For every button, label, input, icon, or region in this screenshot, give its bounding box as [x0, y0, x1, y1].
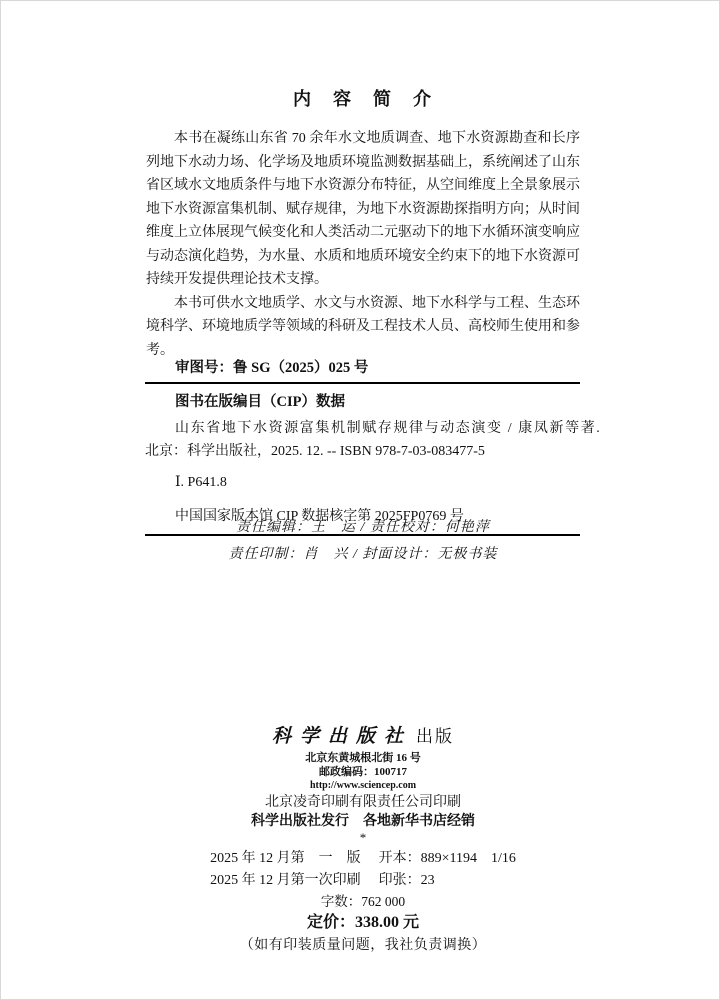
separator-star: *: [146, 832, 580, 844]
map-approval-number: 审图号：鲁 SG（2025）025 号: [145, 356, 580, 377]
printer-name: 北京凌奇印刷有限责任公司印刷: [146, 794, 580, 812]
publisher-name: 科学出版社: [272, 726, 412, 747]
copyright-page: 内 容 简 介 本书在凝练山东省 70 余年水文地质调查、地下水资源勘查和长序列…: [0, 0, 720, 1000]
publisher-publish-suffix: 出版: [416, 727, 454, 746]
cip-heading: 图书在版编目（CIP）数据: [145, 390, 580, 411]
word-count: 字数：762 000: [146, 892, 580, 911]
sheets-text: 印张：23: [379, 873, 435, 888]
publisher-website-url: http://www.sciencep.com: [146, 779, 580, 792]
summary-paragraph-2: 本书可供水文地质学、水文与水资源、地下水科学与工程、生态环境科学、环境地质学等领…: [146, 292, 580, 363]
printing-line: 2025 年 12 月第一次印刷印张：23: [210, 870, 516, 892]
content-summary-section: 内 容 简 介 本书在凝练山东省 70 余年水文地质调查、地下水资源勘查和长序列…: [146, 85, 580, 362]
cip-title-line: 山东省地下水资源富集机制赋存规律与动态演变 / 康凤新等著.: [145, 417, 580, 437]
printing-text: 2025 年 12 月第一次印刷: [210, 873, 361, 888]
summary-paragraph-1: 本书在凝练山东省 70 余年水文地质调查、地下水资源勘查和长序列地下水动力场、化…: [146, 127, 580, 292]
cip-classification: Ⅰ. P641.8: [145, 474, 580, 491]
distribution-line: 科学出版社发行 各地新华书店经销: [146, 812, 580, 832]
cip-imprint-isbn-line: 北京：科学出版社，2025. 12. -- ISBN 978-7-03-0834…: [145, 440, 580, 460]
publisher-logo-line: 科学出版社 出版: [146, 724, 580, 751]
publisher-postcode: 邮政编码：100717: [146, 765, 580, 779]
credit-printing-coverdesign: 责任印制：肖 兴 / 封面设计：无极书装: [146, 541, 580, 568]
credits-section: 责任编辑：王 运 / 责任校对：何艳萍 责任印制：肖 兴 / 封面设计：无极书装: [146, 514, 580, 568]
summary-title: 内 容 简 介: [146, 85, 580, 111]
map-approval-section: 审图号：鲁 SG（2025）025 号: [145, 356, 580, 384]
price: 定价：338.00 元: [146, 911, 580, 935]
publisher-address: 北京东黄城根北街 16 号: [146, 751, 580, 765]
format-text: 开本：889×1194 1/16: [379, 851, 516, 866]
publication-details: 2025 年 12 月第 一 版开本：889×1194 1/16 2025 年 …: [210, 848, 516, 892]
credit-editor-proofreader: 责任编辑：王 运 / 责任校对：何艳萍: [146, 514, 580, 541]
quality-notice: （如有印装质量问题，我社负责调换）: [146, 935, 580, 957]
edition-line: 2025 年 12 月第 一 版开本：889×1194 1/16: [210, 848, 516, 870]
edition-text: 2025 年 12 月第 一 版: [210, 851, 361, 866]
publisher-section: 科学出版社 出版 北京东黄城根北街 16 号 邮政编码：100717 http:…: [146, 724, 580, 957]
